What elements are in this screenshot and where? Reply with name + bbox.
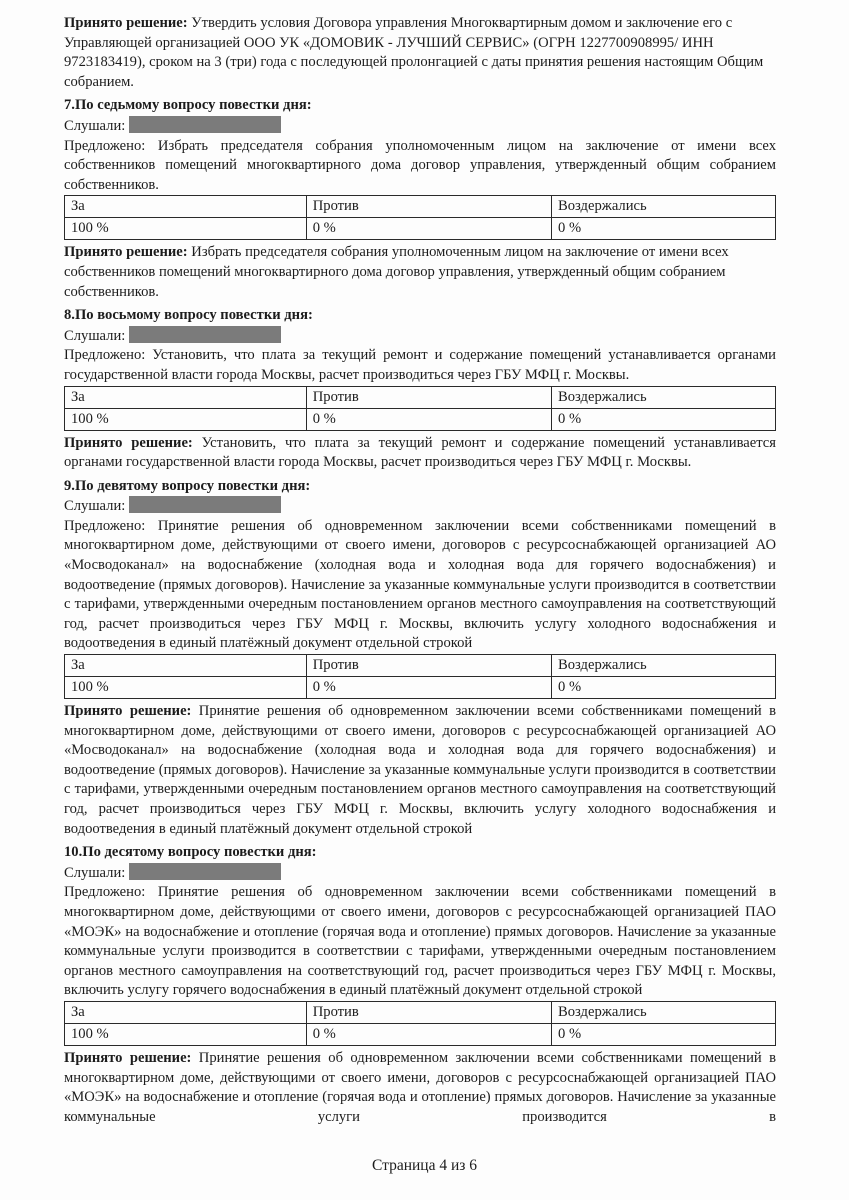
vote-header-abstained: Воздержались bbox=[552, 1001, 776, 1023]
vote-against-value: 0 % bbox=[306, 408, 551, 430]
heard-label: Слушали: bbox=[64, 865, 125, 881]
vote-header-against: Против bbox=[306, 196, 551, 218]
vote-for-value: 100 % bbox=[65, 677, 307, 699]
vote-for-value: 100 % bbox=[65, 1023, 307, 1045]
proposal-text: Предложено: Установить, что плата за тек… bbox=[64, 346, 776, 385]
vote-against-value: 0 % bbox=[306, 1023, 551, 1045]
redacted-name bbox=[129, 116, 281, 133]
vote-abstained-value: 0 % bbox=[552, 677, 776, 699]
decision-label: Принято решение: bbox=[64, 1050, 191, 1066]
vote-header-abstained: Воздержались bbox=[552, 655, 776, 677]
agenda-heading: 9.По девятому вопросу повестки дня: bbox=[64, 477, 776, 497]
agenda-item-9: 9.По девятому вопросу повестки дня: Слуш… bbox=[64, 477, 776, 840]
decision-text: Принятие решения об одновременном заключ… bbox=[64, 703, 776, 837]
vote-header-row: За Против Воздержались bbox=[65, 655, 776, 677]
agenda-item-7: 7.По седьмому вопросу повестки дня: Слуш… bbox=[64, 96, 776, 302]
vote-for-value: 100 % bbox=[65, 218, 307, 240]
vote-header-row: За Против Воздержались bbox=[65, 386, 776, 408]
vote-header-against: Против bbox=[306, 1001, 551, 1023]
vote-header-against: Против bbox=[306, 386, 551, 408]
heard-label: Слушали: bbox=[64, 118, 125, 134]
redacted-name bbox=[129, 496, 281, 513]
proposal-text: Предложено: Принятие решения об одноврем… bbox=[64, 883, 776, 1001]
heard-line: Слушали: bbox=[64, 116, 776, 137]
heard-line: Слушали: bbox=[64, 326, 776, 347]
heard-line: Слушали: bbox=[64, 496, 776, 517]
vote-header-for: За bbox=[65, 196, 307, 218]
vote-header-for: За bbox=[65, 655, 307, 677]
vote-abstained-value: 0 % bbox=[552, 218, 776, 240]
redacted-name bbox=[129, 863, 281, 880]
vote-value-row: 100 % 0 % 0 % bbox=[65, 1023, 776, 1045]
agenda-item-10: 10.По десятому вопросу повестки дня: Слу… bbox=[64, 843, 776, 1127]
vote-table: За Против Воздержались 100 % 0 % 0 % bbox=[64, 195, 776, 240]
vote-header-abstained: Воздержались bbox=[552, 386, 776, 408]
vote-against-value: 0 % bbox=[306, 677, 551, 699]
agenda-heading: 10.По десятому вопросу повестки дня: bbox=[64, 843, 776, 863]
vote-against-value: 0 % bbox=[306, 218, 551, 240]
proposal-text: Предложено: Избрать председателя собрани… bbox=[64, 137, 776, 196]
heard-label: Слушали: bbox=[64, 328, 125, 344]
decision-label: Принято решение: bbox=[64, 244, 188, 260]
heard-line: Слушали: bbox=[64, 863, 776, 884]
page-number: Страница 4 из 6 bbox=[0, 1157, 849, 1175]
vote-value-row: 100 % 0 % 0 % bbox=[65, 408, 776, 430]
vote-header-for: За bbox=[65, 1001, 307, 1023]
decision-label: Принято решение: bbox=[64, 703, 191, 719]
redacted-name bbox=[129, 326, 281, 343]
document-page: Принято решение: Утвердить условия Догов… bbox=[64, 14, 776, 1127]
vote-abstained-value: 0 % bbox=[552, 408, 776, 430]
vote-table: За Против Воздержались 100 % 0 % 0 % bbox=[64, 1001, 776, 1046]
vote-header-for: За bbox=[65, 386, 307, 408]
decision-label: Принято решение: bbox=[64, 435, 193, 451]
proposal-text: Предложено: Принятие решения об одноврем… bbox=[64, 517, 776, 654]
vote-abstained-value: 0 % bbox=[552, 1023, 776, 1045]
decision-paragraph: Принято решение: Избрать председателя со… bbox=[64, 243, 776, 302]
decision-paragraph: Принято решение: Принятие решения об одн… bbox=[64, 1049, 776, 1127]
vote-value-row: 100 % 0 % 0 % bbox=[65, 677, 776, 699]
vote-header-row: За Против Воздержались bbox=[65, 1001, 776, 1023]
decision-paragraph: Принято решение: Принятие решения об одн… bbox=[64, 702, 776, 839]
vote-table: За Против Воздержались 100 % 0 % 0 % bbox=[64, 654, 776, 699]
vote-header-abstained: Воздержались bbox=[552, 196, 776, 218]
vote-for-value: 100 % bbox=[65, 408, 307, 430]
decision-paragraph: Принято решение: Утвердить условия Догов… bbox=[64, 14, 776, 92]
heard-label: Слушали: bbox=[64, 498, 125, 514]
vote-value-row: 100 % 0 % 0 % bbox=[65, 218, 776, 240]
vote-header-against: Против bbox=[306, 655, 551, 677]
decision-paragraph: Принято решение: Установить, что плата з… bbox=[64, 434, 776, 473]
agenda-heading: 7.По седьмому вопросу повестки дня: bbox=[64, 96, 776, 116]
vote-header-row: За Против Воздержались bbox=[65, 196, 776, 218]
agenda-heading: 8.По восьмому вопросу повестки дня: bbox=[64, 306, 776, 326]
decision-label: Принято решение: bbox=[64, 15, 188, 31]
vote-table: За Против Воздержались 100 % 0 % 0 % bbox=[64, 386, 776, 431]
agenda-item-8: 8.По восьмому вопросу повестки дня: Слуш… bbox=[64, 306, 776, 473]
